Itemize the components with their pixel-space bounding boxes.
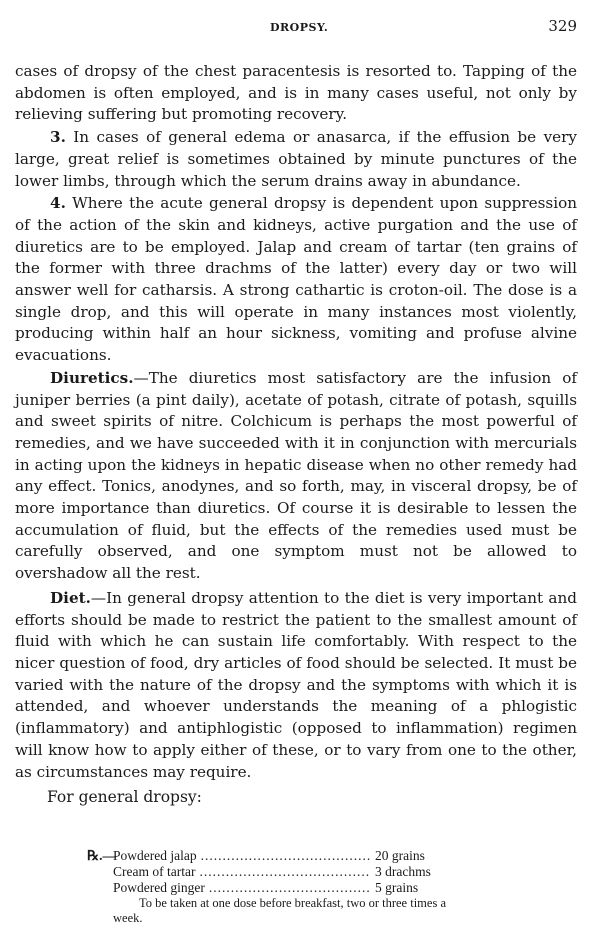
prescription-block: ℞.— Powdered jalap 20 grains Cream of ta…	[87, 848, 447, 926]
paragraph-item-3: 3. In cases of general edema or anasarca…	[15, 127, 577, 192]
prescription-heading: For general dropsy:	[47, 788, 202, 806]
ingredient-amount: 3 drachms	[375, 864, 447, 880]
item-number: 4.	[50, 194, 66, 212]
prescription-row: Cream of tartar 3 drachms	[87, 864, 447, 880]
page-number: 329	[548, 17, 577, 35]
paragraph-item-4: 4. Where the acute general dropsy is dep…	[15, 193, 577, 367]
item-number: 3.	[50, 128, 66, 146]
running-head: DROPSY.	[270, 21, 328, 34]
recipe-symbol-icon: ℞.—	[87, 848, 113, 864]
paragraph-diet: Diet.—In general dropsy attention to the…	[15, 588, 577, 783]
ingredient-name: Powdered ginger	[113, 880, 205, 896]
paragraph-diuretics: Diuretics.—The diuretics most satisfacto…	[15, 368, 577, 585]
ingredient-name: Powdered jalap	[113, 848, 197, 864]
ingredient-amount: 20 grains	[375, 848, 447, 864]
leader-dots	[199, 864, 371, 880]
prescription-row: ℞.— Powdered jalap 20 grains	[87, 848, 447, 864]
leader-dots	[201, 848, 371, 864]
paragraph-continuation: cases of dropsy of the chest paracentesi…	[15, 61, 577, 126]
ingredient-name: Cream of tartar	[113, 864, 195, 880]
section-lead-diuretics: Diuretics.	[50, 369, 134, 387]
prescription-row: Powdered ginger 5 grains	[87, 880, 447, 896]
ingredient-amount: 5 grains	[375, 880, 447, 896]
prescription-note: To be taken at one dose before breakfast…	[87, 896, 447, 926]
page-header: DROPSY. 329	[0, 17, 589, 37]
leader-dots	[209, 880, 371, 896]
section-lead-diet: Diet.	[50, 589, 91, 607]
body-text: cases of dropsy of the chest paracentesi…	[15, 61, 577, 783]
